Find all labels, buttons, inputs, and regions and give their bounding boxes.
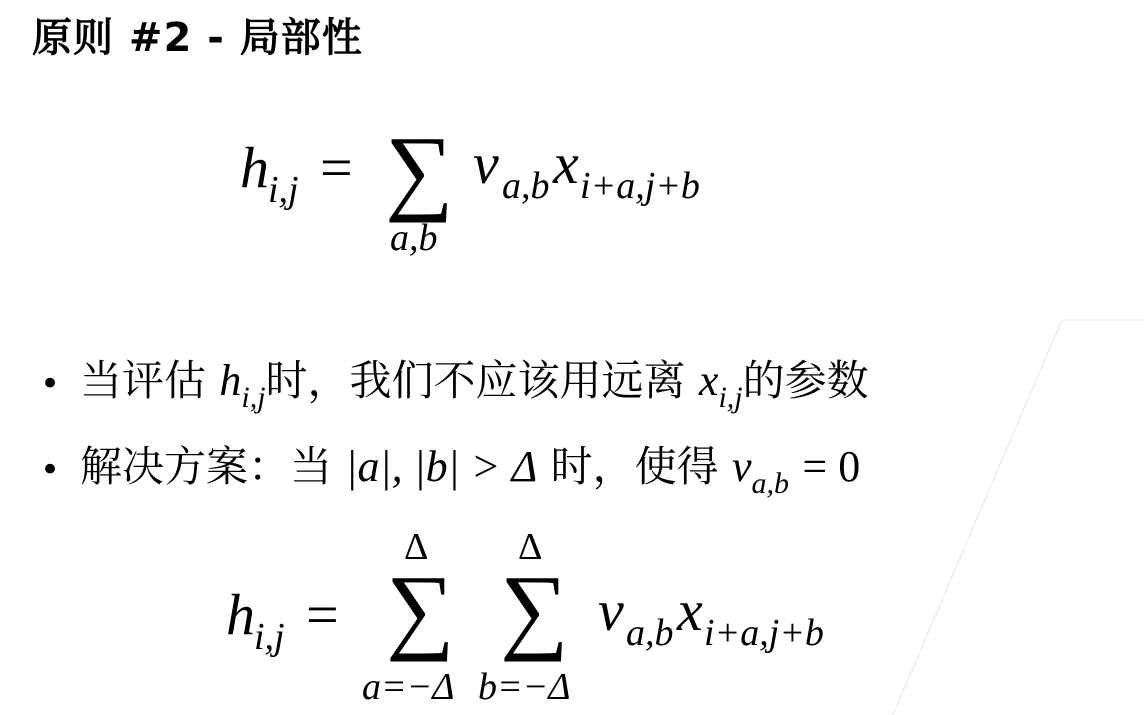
bullet-1-var-h: h [219,356,241,405]
slide-title: 原则 #2 - 局部性 [32,6,363,63]
eq1-x: x [553,130,579,197]
bullet-2-mid: 时，使得 [551,442,719,491]
eq2-sum2-lower: b=−Δ [478,665,571,709]
eq2-equals: = [306,581,339,648]
eq2-lhs: h [226,581,255,648]
bullet-item-1: •当评估 hi,j时，我们不应该用远离 xi,j的参数 [40,348,869,408]
eq2-x: x [677,577,703,644]
bullet-2-var-v-subscript: a,b [752,467,790,500]
eq2-sum2-symbol: ∑ [500,561,568,657]
eq2-v: v [598,577,624,644]
bullet-dot: • [40,450,80,490]
eq2-lhs-subscript: i,j [254,615,285,659]
eq1-x-subscript: i+a,j+b [580,164,700,208]
eq1-equals: = [320,134,353,201]
bullet-item-2: •解决方案：当 |a|, |b| > Δ 时，使得 va,b = 0 [40,434,860,494]
bullet-2-var-v: v [732,442,752,491]
eq1-v-subscript: a,b [502,164,550,208]
eq1-lhs: h [240,134,269,201]
bullet-1-var-x-subscript: i,j [718,381,742,414]
bullet-1-post: 的参数 [743,356,869,405]
eq2-x-subscript: i+a,j+b [704,611,824,655]
bullet-dot: • [40,364,80,404]
eq1-sum-symbol: ∑ [385,122,453,218]
eq2-sum1-symbol: ∑ [386,561,454,657]
eq2-sum1-lower: a=−Δ [362,665,455,709]
bullet-1-pre: 当评估 [80,356,206,405]
bullet-1-var-h-subscript: i,j [241,381,265,414]
bullet-1-mid: 时，我们不应该用远离 [266,356,686,405]
bullet-1-var-x: x [699,356,719,405]
eq2-v-subscript: a,b [626,611,674,655]
eq1-v: v [473,130,499,197]
eq1-lhs-subscript: i,j [268,168,299,212]
bullet-2-condition: |a|, |b| > Δ [345,442,537,491]
bullet-2-post: = 0 [802,442,860,491]
eq1-sum-under: a,b [390,216,438,260]
bullet-2-pre: 解决方案：当 [80,442,332,491]
